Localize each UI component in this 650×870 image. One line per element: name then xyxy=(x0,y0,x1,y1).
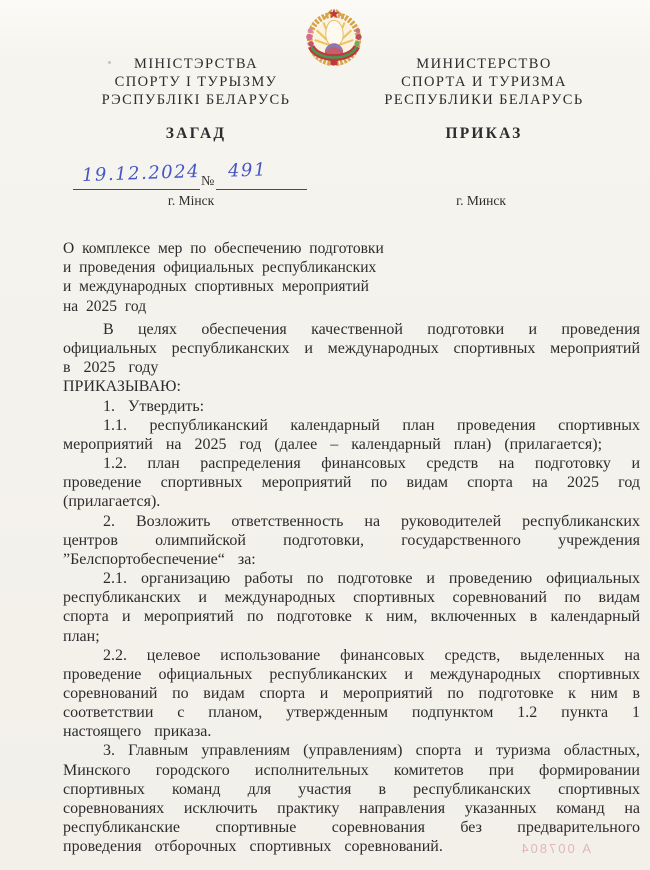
order-body: В целях обеспечения качественной подгото… xyxy=(63,320,640,868)
number-sign: № xyxy=(201,174,214,190)
city-russian: г. Минск xyxy=(371,193,591,209)
subject-line: и проведения официальных республиканских xyxy=(63,258,433,277)
handwritten-date: 19.12.2024 xyxy=(82,161,201,186)
issuer-name-line: СПОРТА И ТУРИЗМА xyxy=(359,73,609,91)
handwritten-number: 491 xyxy=(228,159,268,181)
paragraph-item-3: 3. Главным управлениям (управлениям) спо… xyxy=(63,741,640,856)
issuer-name-line: СПОРТУ І ТУРЫЗМУ xyxy=(71,73,321,91)
subject-line: на 2025 год xyxy=(63,297,433,316)
paragraph-item-1: 1. Утвердить: xyxy=(63,397,640,416)
subject-line: и международных спортивных мероприятий xyxy=(63,277,433,296)
city-belarusian: г. Мінск xyxy=(75,193,307,209)
issuer-name-line: РЕСПУБЛИКИ БЕЛАРУСЬ xyxy=(359,91,609,109)
paragraph-item-2-1: 2.1. организацию работы по подготовке и … xyxy=(63,569,640,646)
doc-type-russian: ПРИКАЗ xyxy=(359,125,609,143)
doc-type-belarusian: ЗАГАД xyxy=(71,125,321,143)
paragraph-prikazyvayu: ПРИКАЗЫВАЮ: xyxy=(63,377,640,396)
paragraph-item-1-2: 1.2. план распределения финансовых средс… xyxy=(63,454,640,511)
issuer-name-line: МИНИСТЕРСТВО xyxy=(359,55,609,73)
paragraph-preamble: В целях обеспечения качественной подгото… xyxy=(63,320,640,377)
issuer-name-line: РЭСПУБЛІКІ БЕЛАРУСЬ xyxy=(71,91,321,109)
paragraph-item-2: 2. Возложить ответственность на руководи… xyxy=(63,512,640,569)
paragraph-item-1-1: 1.1. республиканский календарный план пр… xyxy=(63,416,640,454)
issuer-block-russian: МИНИСТЕРСТВО СПОРТА И ТУРИЗМА РЕСПУБЛИКИ… xyxy=(359,55,609,143)
paragraph-item-2-2: 2.2. целевое использование финансовых ср… xyxy=(63,646,640,742)
issuer-name-line: МІНІСТЭРСТВА xyxy=(71,55,321,73)
belarus-coat-of-arms-icon xyxy=(303,8,365,66)
mirrored-form-number: А 007804 xyxy=(487,841,591,856)
subject-line: О комплексе мер по обеспечению подготовк… xyxy=(63,239,433,258)
issuer-block-belarusian: МІНІСТЭРСТВА СПОРТУ І ТУРЫЗМУ РЭСПУБЛІКІ… xyxy=(71,55,321,143)
scanned-order-page: МІНІСТЭРСТВА СПОРТУ І ТУРЫЗМУ РЭСПУБЛІКІ… xyxy=(0,0,650,870)
order-subject: О комплексе мер по обеспечению подготовк… xyxy=(63,239,433,316)
